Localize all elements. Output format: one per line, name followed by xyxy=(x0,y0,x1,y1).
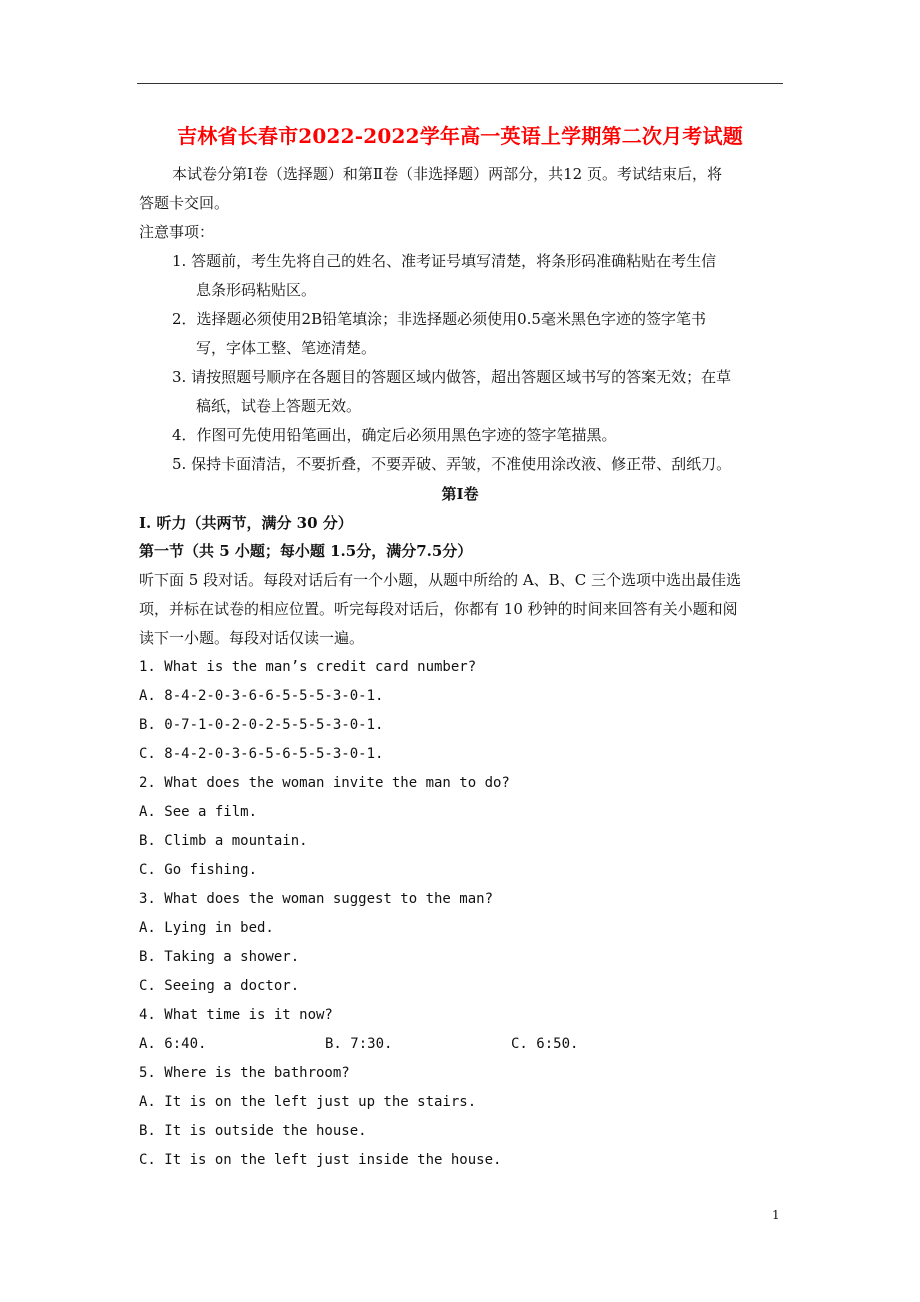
question-1-option-c: C. 8-4-2-0-3-6-5-6-5-5-3-0-1. xyxy=(139,744,383,764)
header-rule xyxy=(137,83,783,84)
instructions-line-3: 读下一小题。每段对话仅读一遍。 xyxy=(139,628,364,648)
notice-2-line-2: 写，字体工整、笔迹清楚。 xyxy=(196,338,376,358)
intro-line-1: 本试卷分第Ⅰ卷（选择题）和第Ⅱ卷（非选择题）两部分，共12 页。考试结束后，将 xyxy=(172,164,722,184)
volume-heading: 第Ⅰ卷 xyxy=(0,484,920,504)
section-heading: 第一节（共 5 小题；每小题 1.5分，满分7.5分） xyxy=(139,541,472,561)
question-1: 1. What is the man’s credit card number? xyxy=(139,657,476,677)
question-4-option-b: B. 7:30. xyxy=(325,1034,392,1054)
question-3-option-a: A. Lying in bed. xyxy=(139,918,274,938)
intro-line-2: 答题卡交回。 xyxy=(139,193,229,213)
question-5-option-c: C. It is on the left just inside the hou… xyxy=(139,1150,501,1170)
instructions-line-1: 听下面 5 段对话。每段对话后有一个小题，从题中所给的 A、B、C 三个选项中选… xyxy=(139,570,741,590)
question-4-option-c: C. 6:50. xyxy=(511,1034,578,1054)
part-heading: I. 听力（共两节，满分 30 分） xyxy=(139,513,353,533)
notice-4: 4．作图可先使用铅笔画出，确定后必须用黑色字迹的签字笔描黑。 xyxy=(172,425,617,445)
question-3-option-b: B. Taking a shower. xyxy=(139,947,299,967)
instructions-line-2: 项，并标在试卷的相应位置。听完每段对话后，你都有 10 秒钟的时间来回答有关小题… xyxy=(139,599,738,619)
notice-3-line-2: 稿纸，试卷上答题无效。 xyxy=(196,396,361,416)
question-1-option-a: A. 8-4-2-0-3-6-6-5-5-5-3-0-1. xyxy=(139,686,383,706)
notice-2-line-1: 2．选择题必须使用2B铅笔填涂；非选择题必须使用0.5毫米黑色字迹的签字笔书 xyxy=(172,309,706,329)
question-5-option-a: A. It is on the left just up the stairs. xyxy=(139,1092,476,1112)
notice-1-line-2: 息条形码粘贴区。 xyxy=(196,280,316,300)
question-1-option-b: B. 0-7-1-0-2-0-2-5-5-5-3-0-1. xyxy=(139,715,383,735)
document-title: 吉林省长春市2022-2022学年高一英语上学期第二次月考试题 xyxy=(0,120,920,149)
question-3: 3. What does the woman suggest to the ma… xyxy=(139,889,493,909)
question-2: 2. What does the woman invite the man to… xyxy=(139,773,510,793)
notice-1-line-1: 1. 答题前，考生先将自己的姓名、准考证号填写清楚，将条形码准确粘贴在考生信 xyxy=(172,251,716,271)
question-5-option-b: B. It is outside the house. xyxy=(139,1121,367,1141)
question-4: 4. What time is it now? xyxy=(139,1005,333,1025)
page-number: 1 xyxy=(772,1208,780,1222)
notice-heading: 注意事项： xyxy=(139,222,214,242)
question-2-option-b: B. Climb a mountain. xyxy=(139,831,308,851)
notice-5: 5. 保持卡面清洁，不要折叠，不要弄破、弄皱，不准使用涂改液、修正带、刮纸刀。 xyxy=(172,454,731,474)
question-5: 5. Where is the bathroom? xyxy=(139,1063,350,1083)
question-4-option-a: A. 6:40. xyxy=(139,1034,206,1054)
question-2-option-c: C. Go fishing. xyxy=(139,860,257,880)
question-2-option-a: A. See a film. xyxy=(139,802,257,822)
question-3-option-c: C. Seeing a doctor. xyxy=(139,976,299,996)
notice-3-line-1: 3. 请按照题号顺序在各题目的答题区域内做答，超出答题区域书写的答案无效；在草 xyxy=(172,367,731,387)
